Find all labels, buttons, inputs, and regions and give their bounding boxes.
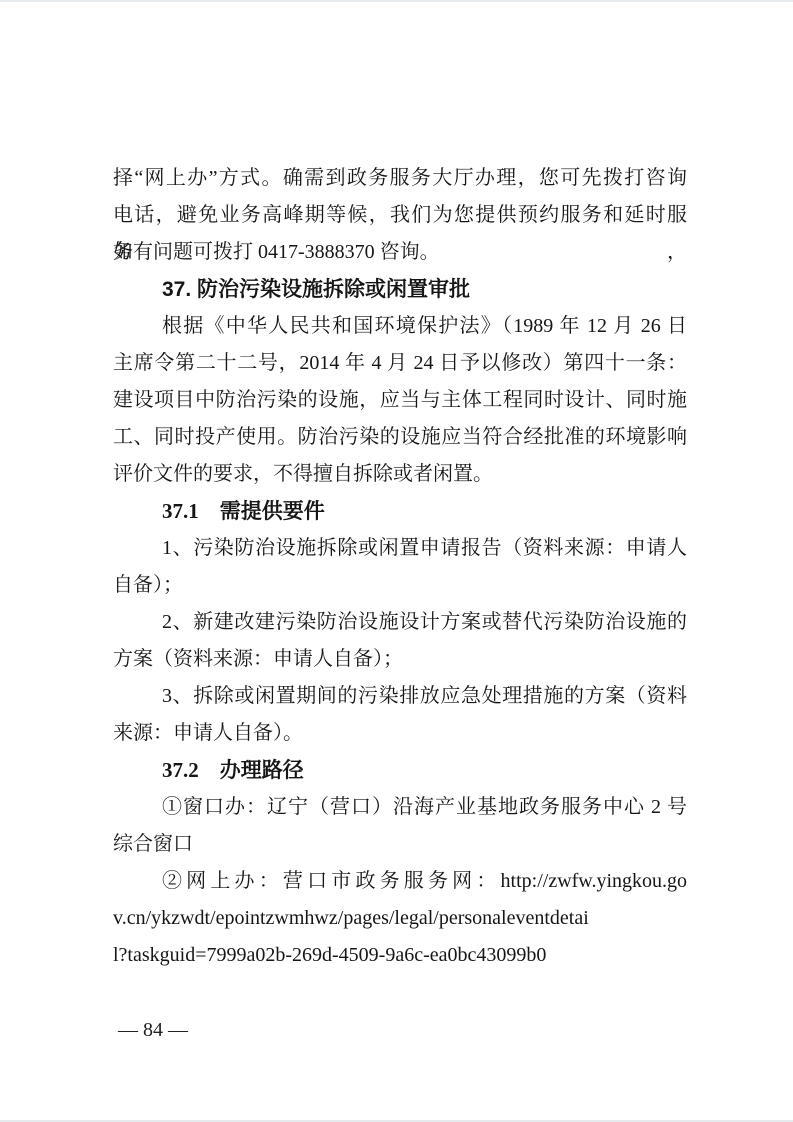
text-line: 评价文件的要求，不得擅自拆除或者闲置。	[113, 456, 687, 493]
text-line: 3、拆除或闲置期间的污染排放应急处理措施的方案（资料	[113, 678, 687, 715]
section-heading-37: 37. 防治污染设施拆除或闲置审批	[113, 271, 687, 308]
text-line: 工、同时投产使用。防治污染的设施应当符合经批准的环境影响	[113, 419, 687, 456]
text-line: 综合窗口	[113, 826, 687, 863]
text-line: 2、新建改建污染防治设施设计方案或替代污染防治设施的	[113, 604, 687, 641]
section-37-2: 37.2 办理路径	[113, 752, 687, 789]
text-line: 1、污染防治设施拆除或闲置申请报告（资料来源：申请人	[113, 530, 687, 567]
document-page: 择“网上办”方式。确需到政务服务大厅办理，您可先拨打咨询 电话，避免业务高峰期等…	[0, 0, 793, 1122]
text-line: 主席令第二十二号，2014 年 4 月 24 日予以修改）第四十一条：	[113, 345, 687, 382]
legal-basis-paragraph: 根据《中华人民共和国环境保护法》（1989 年 12 月 26 日 主席令第二十…	[113, 308, 687, 493]
requirement-item-3: 3、拆除或闲置期间的污染排放应急处理措施的方案（资料 来源：申请人自备）。	[113, 678, 687, 752]
requirement-item-2: 2、新建改建污染防治设施设计方案或替代污染防治设施的 方案（资料来源：申请人自备…	[113, 604, 687, 678]
online-channel-paragraph: ②网上办：营口市政务服务网：http://zwfw.yingkou.go v.c…	[113, 863, 687, 974]
text-line: 来源：申请人自备）。	[113, 715, 687, 752]
text-line: v.cn/ykzwdt/epointzwmhwz/pages/legal/per…	[113, 900, 687, 937]
section-37: 37. 防治污染设施拆除或闲置审批	[113, 271, 687, 308]
text-line: 电话，避免业务高峰期等候，我们为您提供预约服务和延时服务，	[113, 197, 687, 234]
section-37-1: 37.1 需提供要件	[113, 493, 687, 530]
intro-continuation-paragraph: 择“网上办”方式。确需到政务服务大厅办理，您可先拨打咨询 电话，避免业务高峰期等…	[113, 160, 687, 271]
text-line: 择“网上办”方式。确需到政务服务大厅办理，您可先拨打咨询	[113, 160, 687, 197]
window-channel-paragraph: ①窗口办：辽宁（营口）沿海产业基地政务服务中心 2 号 综合窗口	[113, 789, 687, 863]
section-heading-37-1: 37.1 需提供要件	[113, 493, 687, 530]
page-content: 择“网上办”方式。确需到政务服务大厅办理，您可先拨打咨询 电话，避免业务高峰期等…	[113, 160, 687, 974]
text-line: 方案（资料来源：申请人自备）；	[113, 641, 687, 678]
text-line: ①窗口办：辽宁（营口）沿海产业基地政务服务中心 2 号	[113, 789, 687, 826]
requirement-item-1: 1、污染防治设施拆除或闲置申请报告（资料来源：申请人 自备）；	[113, 530, 687, 604]
text-line: 自备）；	[113, 567, 687, 604]
text-line: ②网上办：营口市政务服务网：http://zwfw.yingkou.go	[113, 863, 687, 900]
page-number: — 84 —	[118, 1012, 188, 1049]
text-line: 建设项目中防治污染的设施，应当与主体工程同时设计、同时施	[113, 382, 687, 419]
text-line: l?taskguid=7999a02b-269d-4509-9a6c-ea0bc…	[113, 937, 687, 974]
text-line: 根据《中华人民共和国环境保护法》（1989 年 12 月 26 日	[113, 308, 687, 345]
section-heading-37-2: 37.2 办理路径	[113, 752, 687, 789]
